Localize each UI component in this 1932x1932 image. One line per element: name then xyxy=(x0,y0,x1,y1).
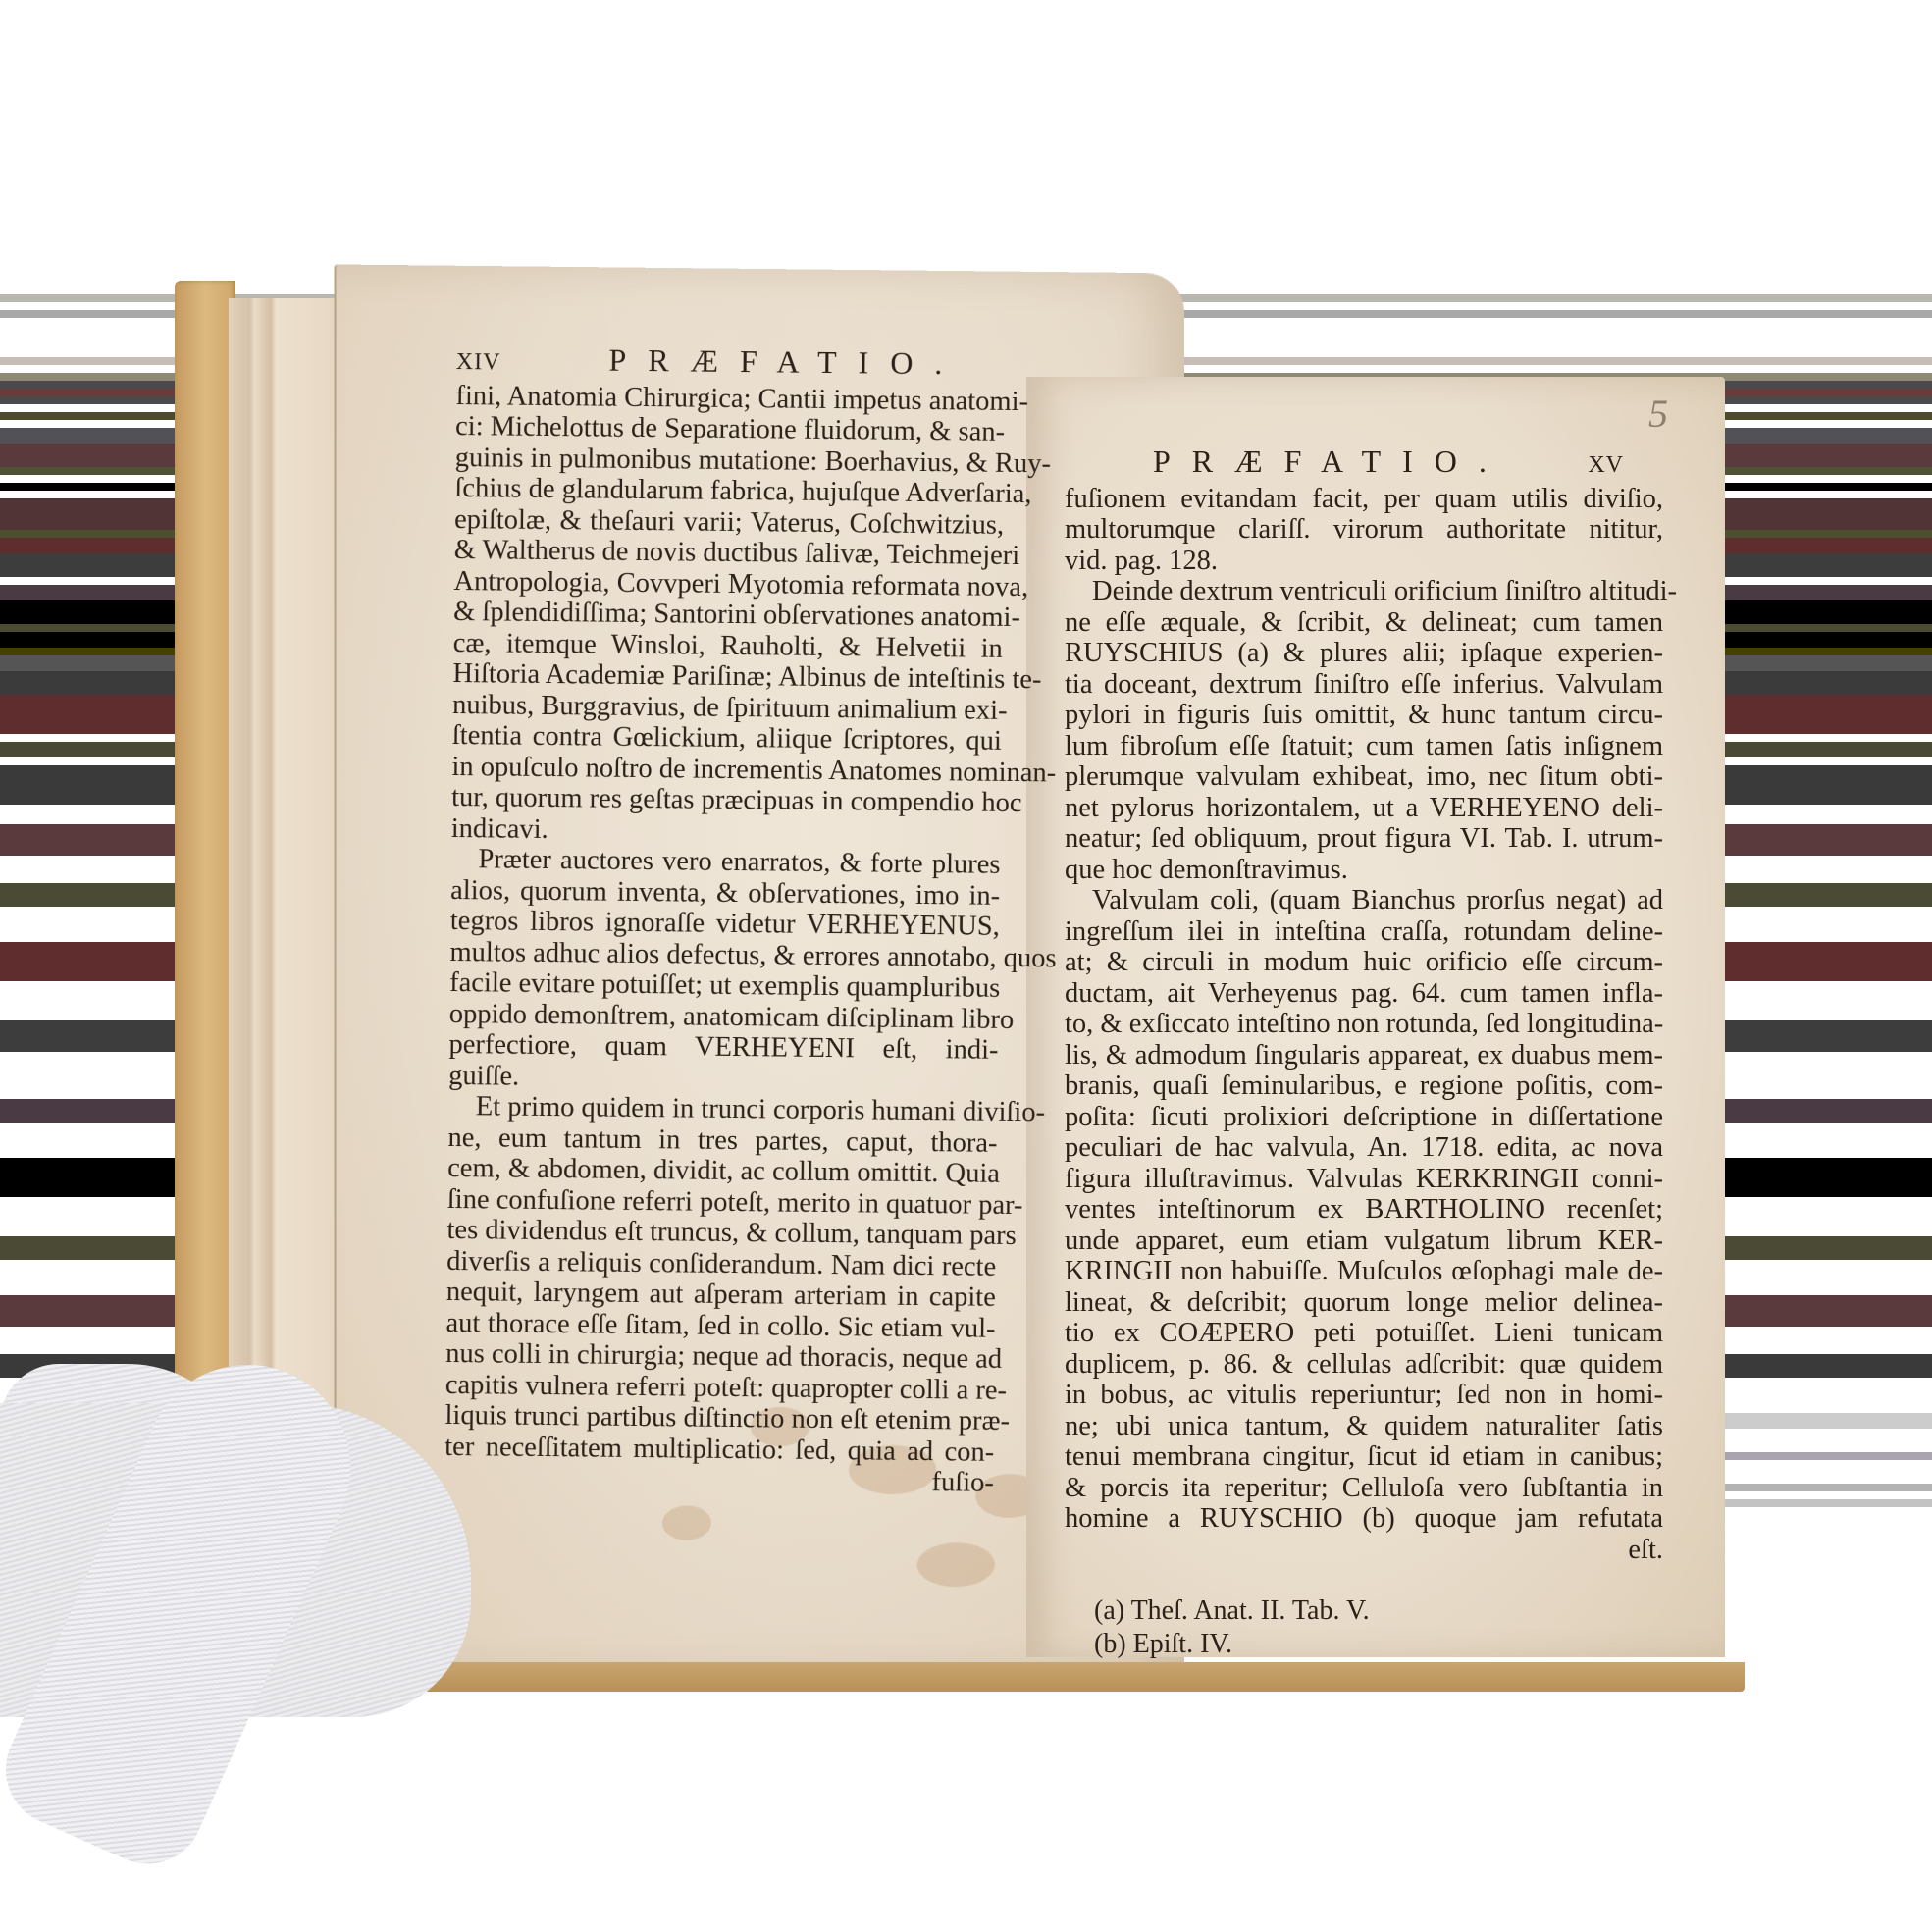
text-line: vid. pag. 128. xyxy=(1065,546,1663,577)
text-line: & ſplendidiſſima; Santorini obſervatione… xyxy=(453,597,1003,633)
page-number: XIV xyxy=(456,347,501,379)
text-line: facile evitare potuiſſet; ut exemplis qu… xyxy=(449,967,999,1004)
text-line: Et primo quidem in trunci corporis human… xyxy=(448,1091,998,1127)
text-line: ſtentia contra Gœlickium, aliique ſcript… xyxy=(452,720,1002,757)
text-line: lum fibroſum eſſe ſtatuit; cum tamen ſat… xyxy=(1065,731,1663,762)
text-line: tes dividendus eſt truncus, & collum, ta… xyxy=(446,1215,996,1251)
text-line: tur, quorum res geſtas præcipuas in comp… xyxy=(451,782,1001,818)
text-line: ci: Michelottus de Separatione fluidorum… xyxy=(455,411,1005,447)
running-title: PRÆFATIO. xyxy=(608,345,964,380)
left-page-text: XIV PRÆFATIO. fini, Anatomia Chirurgica;… xyxy=(444,343,1006,1498)
text-line: KRINGII non habuiſſe. Muſculos œſophagi … xyxy=(1065,1256,1663,1287)
footnote-b: (b) Epiſt. IV. xyxy=(1094,1628,1663,1661)
footnote-a: (a) Theſ. Anat. II. Tab. V. xyxy=(1094,1594,1663,1628)
text-line: homine a RUYSCHIO (b) quoque jam refutat… xyxy=(1065,1503,1663,1535)
text-line: cem, & abdomen, dividit, ac collum omitt… xyxy=(447,1153,997,1189)
text-line: neatur; ſed obliquum, prout figura VI. T… xyxy=(1065,823,1663,855)
text-line: peculiari de hac valvula, An. 1718. edit… xyxy=(1065,1132,1663,1164)
handwritten-mark: 5 xyxy=(1648,391,1668,437)
right-body: fuſionem evitandam facit, per quam utili… xyxy=(1065,484,1663,1566)
text-line: fuſio- xyxy=(444,1462,994,1498)
text-line: RUYSCHIUS (a) & plures alii; ipſaque exp… xyxy=(1065,638,1663,669)
text-line: ſchius de glandularum fabrica, hujuſque … xyxy=(454,473,1004,509)
text-line: & Waltherus de novis ductibus ſalivæ, Te… xyxy=(454,535,1004,571)
text-line: Valvulam coli, (quam Bianchus prorſus ne… xyxy=(1065,885,1663,916)
text-line: liquis trunci partibus diſtinctio non eſ… xyxy=(444,1400,994,1436)
text-line: ingreſſum ilei in inteſtina craſſa, rotu… xyxy=(1065,916,1663,948)
text-line: plerumque valvulam exhibeat, imo, nec ſi… xyxy=(1065,761,1663,793)
text-line: branis, quaſi ſeminularibus, e regione p… xyxy=(1065,1070,1663,1102)
book-bottom-edge xyxy=(312,1662,1745,1692)
text-line: poſita: ſicuti prolixiori deſcriptione i… xyxy=(1065,1102,1663,1133)
text-line: pylori in figuris ſuis omittit, & hunc t… xyxy=(1065,700,1663,731)
text-line: figura illuſtravimus. Valvulas KERKRINGI… xyxy=(1065,1164,1663,1195)
text-line: Deinde dextrum ventriculi orificium ſini… xyxy=(1065,576,1663,607)
text-line: net pylorus horizontalem, ut a VERHEYENO… xyxy=(1065,793,1663,824)
text-line: ne; ubi unica tantum, & quidem naturalit… xyxy=(1065,1411,1663,1442)
text-line: lineat, & deſcribit; quorum longe melior… xyxy=(1065,1287,1663,1319)
text-line: Hiſtoria Academiæ Pariſinæ; Albinus de i… xyxy=(452,658,1002,695)
footnotes: (a) Theſ. Anat. II. Tab. V. (b) Epiſt. I… xyxy=(1065,1594,1663,1661)
text-line: perfectiore, quam VERHEYENI eſt, indi- xyxy=(448,1029,998,1066)
text-line: ter neceſſitatem multiplicatio: ſed, qui… xyxy=(444,1431,994,1467)
left-running-head: XIV PRÆFATIO. xyxy=(456,343,1006,384)
text-line: tegros libros ignoraſſe videtur VERHEYEN… xyxy=(450,906,1000,942)
text-line: multorumque clariſſ. virorum authoritate… xyxy=(1065,514,1663,546)
text-line: lis, & admodum ſingularis appareat, ex d… xyxy=(1065,1040,1663,1071)
text-line: Præter auctores vero enarratos, & forte … xyxy=(450,844,1000,880)
text-line: tia doceant, dextrum ſiniſtro eſſe infer… xyxy=(1065,669,1663,701)
text-line: to, & exſiccato inteſtino non rotunda, ſ… xyxy=(1065,1009,1663,1040)
text-line: ne eſſe æquale, & ſcribit, & delineat; c… xyxy=(1065,607,1663,639)
text-line: & porcis ita reperitur; Celluloſa vero ſ… xyxy=(1065,1473,1663,1504)
text-line: que hoc demonſtravimus. xyxy=(1065,855,1663,886)
left-body: fini, Anatomia Chirurgica; Cantii impetu… xyxy=(444,380,1006,1498)
text-line: duplicem, p. 86. & cellulas adſcribit: q… xyxy=(1065,1349,1663,1381)
page-number: XV xyxy=(1588,450,1624,482)
right-running-head: PRÆFATIO. XV xyxy=(1065,446,1663,482)
text-line: fuſionem evitandam facit, per quam utili… xyxy=(1065,484,1663,515)
text-line: at; & circuli in modum huic orificio eſſ… xyxy=(1065,947,1663,978)
text-line: ventes inteſtinorum ex BARTHOLINO recenſ… xyxy=(1065,1194,1663,1226)
text-line: tenui membrana cingitur, ſicut id etiam … xyxy=(1065,1441,1663,1473)
text-line: unde apparet, eum etiam vulgatum librum … xyxy=(1065,1226,1663,1257)
text-line: eſt. xyxy=(1065,1535,1663,1566)
right-page-text: PRÆFATIO. XV fuſionem evitandam facit, p… xyxy=(1065,446,1663,1661)
text-line: nus colli in chirurgia; neque ad thoraci… xyxy=(445,1338,995,1375)
text-line: nequit, laryngem aut aſperam arteriam in… xyxy=(446,1277,996,1313)
text-line: ductam, ait Verheyenus pag. 64. cum tame… xyxy=(1065,978,1663,1010)
text-line: in bobus, ac vitulis reperiuntur; ſed no… xyxy=(1065,1380,1663,1411)
text-line: tio ex COÆPERO peti potuiſſet. Lieni tun… xyxy=(1065,1318,1663,1349)
running-title: PRÆFATIO. xyxy=(1153,446,1508,478)
